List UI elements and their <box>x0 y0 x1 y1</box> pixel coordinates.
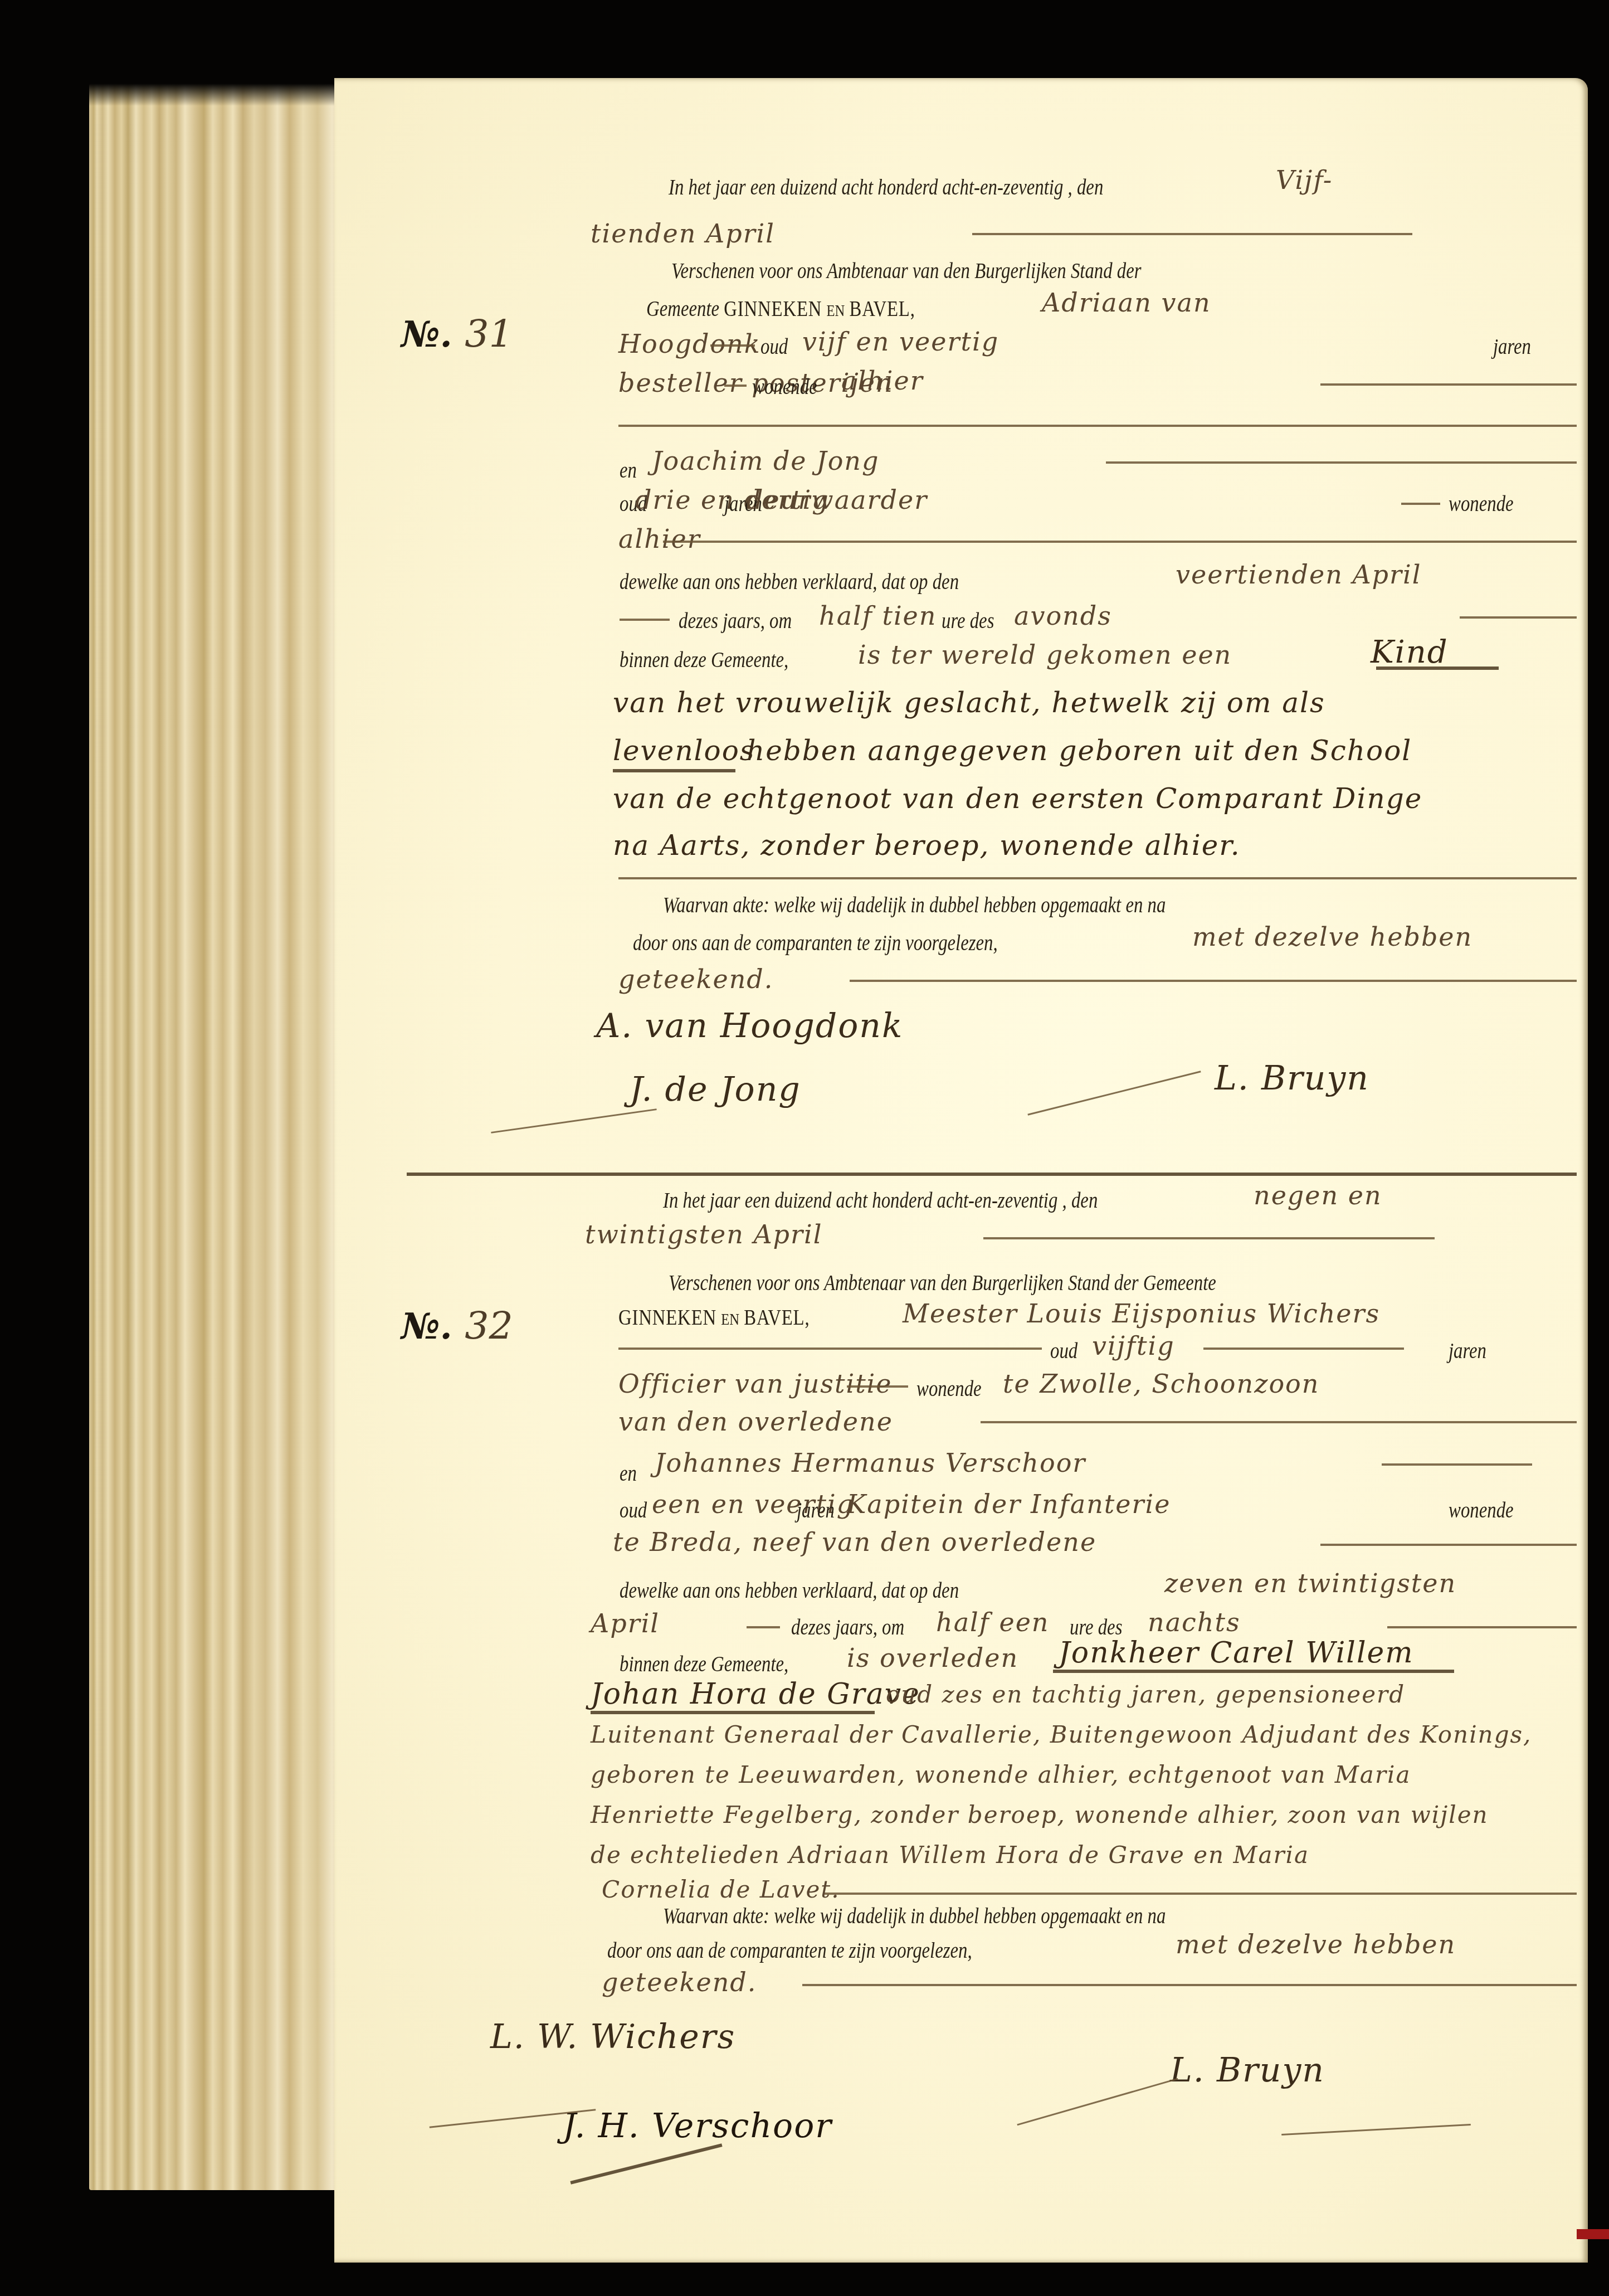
fill-line <box>1401 503 1440 505</box>
signature-comparant-2: J. de Jong <box>630 1070 801 1109</box>
record-number: 31 <box>465 312 513 356</box>
date-preamble: In het jaar een duizend acht honderd ach… <box>669 174 1103 200</box>
event-line-3: hebben aangegeven geboren uit den School <box>747 734 1412 767</box>
signature-comparant-1: A. van Hoogdonk <box>596 1006 903 1045</box>
comparant1-age: vijf en veertig <box>802 327 999 357</box>
fill-line <box>1320 1544 1577 1546</box>
fill-line <box>972 233 1412 235</box>
municipality-name: GINNEKEN <box>724 296 822 321</box>
deceased-rank: Luitenant Generaal der Cavallerie, Buite… <box>591 1721 1532 1748</box>
fill-line <box>710 344 755 347</box>
appeared-clause: Verschenen voor ons Ambtenaar van den Bu… <box>669 1269 1216 1296</box>
wonende-label: wonende <box>1449 490 1514 517</box>
comparant1-surname: Hoogdonk <box>618 329 761 359</box>
en-label: en <box>620 1460 637 1486</box>
akte-clause: Waarvan akte: welke wij dadelijk in dubb… <box>663 1903 1166 1929</box>
date-month-hand: twintigsten April <box>585 1219 822 1249</box>
comparant2-occupation: deurwaarder <box>747 485 928 515</box>
oud-label: oud <box>1050 1337 1077 1364</box>
comparant1-firstname: Adriaan van <box>1042 288 1211 318</box>
akte-clause-2: door ons aan de comparanten te zijn voor… <box>633 930 998 956</box>
event-subject: Kind <box>1371 634 1449 670</box>
record-number: 32 <box>465 1304 513 1348</box>
wonende-label: wonende <box>916 1375 982 1402</box>
event-time: half een <box>936 1607 1049 1637</box>
fill-line <box>620 619 670 621</box>
event-month: April <box>591 1608 660 1638</box>
event-daypart: avonds <box>1014 601 1112 631</box>
event-line-2: van het vrouwelijk geslacht, hetwelk zij… <box>613 687 1325 719</box>
date-month-hand: tienden April <box>591 218 775 249</box>
fill-line <box>983 1237 1435 1239</box>
fill-line <box>724 385 747 387</box>
appeared-clause: Verschenen voor ons Ambtenaar van den Bu… <box>671 257 1142 284</box>
date-preamble: In het jaar een duizend acht honderd ach… <box>663 1187 1098 1213</box>
underline <box>591 1711 875 1714</box>
comparant1-age: vijftig <box>1092 1331 1175 1361</box>
comparant1-residence: alhier <box>841 366 924 396</box>
signature-comparant-1: L. W. Wichers <box>490 2017 735 2056</box>
event-line-4: van de echtgenoot van den eersten Compar… <box>613 782 1422 815</box>
oud-label: oud <box>760 333 788 359</box>
fill-line <box>847 1385 908 1388</box>
ure-des-label: ure des <box>942 607 994 634</box>
municipality-conjunction: EN <box>827 301 845 320</box>
date-day-hand: negen en <box>1254 1180 1382 1210</box>
fill-line <box>1460 616 1577 619</box>
jaren-label: jaren <box>1449 1337 1486 1364</box>
fill-line <box>1382 1463 1532 1466</box>
event-time: half tien <box>819 601 937 631</box>
fill-line <box>663 541 1577 543</box>
underline <box>613 769 735 772</box>
fill-line <box>1106 461 1577 464</box>
fill-line <box>850 980 1577 982</box>
number-sign: №. <box>401 1306 452 1348</box>
signature-registrar: L. Bruyn <box>1215 1059 1369 1098</box>
event-date: veertienden April <box>1176 560 1421 590</box>
declared-clause: dewelke aan ons hebben verklaard, dat op… <box>620 568 959 595</box>
comparant2-name: Joachim de Jong <box>652 446 879 476</box>
comparant1-relation: van den overledene <box>618 1407 893 1437</box>
event-daypart: nachts <box>1148 1607 1241 1637</box>
fill-line <box>825 1893 1577 1895</box>
date-day-hand: Vijf- <box>1276 165 1333 195</box>
wonende-label: wonende <box>1449 1497 1514 1523</box>
jaren-label: jaren <box>1493 333 1531 359</box>
oud-label: oud <box>620 1497 647 1523</box>
dezes-jaars-label: dezes jaars, om <box>791 1614 904 1640</box>
fill-line <box>618 1348 1042 1350</box>
municipality-line: GINNEKEN EN BAVEL, <box>618 1304 810 1330</box>
municipality-conjunction: EN <box>721 1310 739 1329</box>
comparant2-name: Johannes Hermanus Verschoor <box>655 1448 1086 1478</box>
municipality-name-2: BAVEL, <box>744 1305 810 1330</box>
wonende-label: wonende <box>752 373 817 400</box>
deceased-age: oud zes en tachtig jaren, gepensioneerd <box>886 1681 1405 1708</box>
book-page-stack <box>89 84 345 2190</box>
comparant1-name: Meester Louis Eijsponius Wichers <box>903 1298 1380 1329</box>
event-stillborn: levenloos <box>613 734 755 767</box>
akte-signed-hand: met dezelve hebben <box>1176 1929 1456 1959</box>
gemeente-line: Gemeente GINNEKEN EN BAVEL, <box>646 295 915 322</box>
fill-line <box>1203 1348 1404 1350</box>
akte-clause-2: door ons aan de comparanten te zijn voor… <box>607 1937 972 1963</box>
akte-signed-hand-2: geteekend. <box>618 964 773 994</box>
comparant2-residence: alhier <box>618 524 701 554</box>
underline <box>1053 1670 1454 1673</box>
event-date: zeven en twintigsten <box>1164 1568 1456 1598</box>
book-cover-edge <box>1577 2229 1609 2239</box>
signature-registrar: L. Bruyn <box>1170 2051 1325 2090</box>
deceased-name-2: Johan Hora de Grave <box>591 1677 920 1711</box>
akte-clause: Waarvan akte: welke wij dadelijk in dubb… <box>663 892 1166 918</box>
record-number-label: №. 31 <box>401 312 513 356</box>
deceased-parents-2: Cornelia de Lavet. <box>602 1876 840 1903</box>
dezes-jaars-label: dezes jaars, om <box>679 607 792 634</box>
event-died: is overleden <box>847 1643 1018 1673</box>
municipality-name: GINNEKEN <box>618 1305 716 1330</box>
akte-signed-hand-2: geteekend. <box>602 1967 757 1997</box>
binnen-label: binnen deze Gemeente, <box>620 646 788 673</box>
gemeente-label: Gemeente <box>646 296 719 321</box>
akte-signed-hand: met dezelve hebben <box>1192 922 1473 952</box>
number-sign: №. <box>401 314 452 356</box>
event-line-1: is ter wereld gekomen een <box>858 640 1232 670</box>
fill-line <box>981 1421 1577 1423</box>
deceased-name-1: Jonkheer Carel Willem <box>1059 1636 1414 1670</box>
record-number-label: №. 32 <box>401 1304 513 1348</box>
record-separator <box>407 1173 1577 1176</box>
fill-line <box>618 877 1577 879</box>
en-label: en <box>620 457 637 483</box>
fill-line <box>1387 1626 1577 1628</box>
underline <box>1376 667 1499 670</box>
deceased-birthplace: geboren te Leeuwarden, wonende alhier, e… <box>591 1761 1411 1788</box>
binnen-label: binnen deze Gemeente, <box>620 1651 788 1677</box>
comparant2-residence: te Breda, neef van den overledene <box>613 1527 1096 1557</box>
declared-clause: dewelke aan ons hebben verklaard, dat op… <box>620 1577 959 1603</box>
municipality-name-2: BAVEL, <box>850 296 915 321</box>
fill-line <box>747 1626 780 1628</box>
fill-line <box>618 425 1577 427</box>
fill-line <box>1320 383 1577 386</box>
deceased-spouse: Henriette Fegelberg, zonder beroep, wone… <box>591 1801 1489 1828</box>
fill-line <box>802 1984 1577 1986</box>
signature-comparant-2: J. H. Verschoor <box>563 2107 832 2146</box>
jaren-label: jaren <box>797 1497 835 1523</box>
deceased-parents: de echtelieden Adriaan Willem Hora de Gr… <box>591 1841 1309 1869</box>
comparant1-residence: te Zwolle, Schoonzoon <box>1003 1369 1319 1399</box>
comparant1-occupation: Officier van justitie <box>618 1369 893 1399</box>
event-line-5: na Aarts, zonder beroep, wonende alhier. <box>613 829 1241 862</box>
comparant2-occupation: Kapitein der Infanterie <box>847 1489 1171 1519</box>
